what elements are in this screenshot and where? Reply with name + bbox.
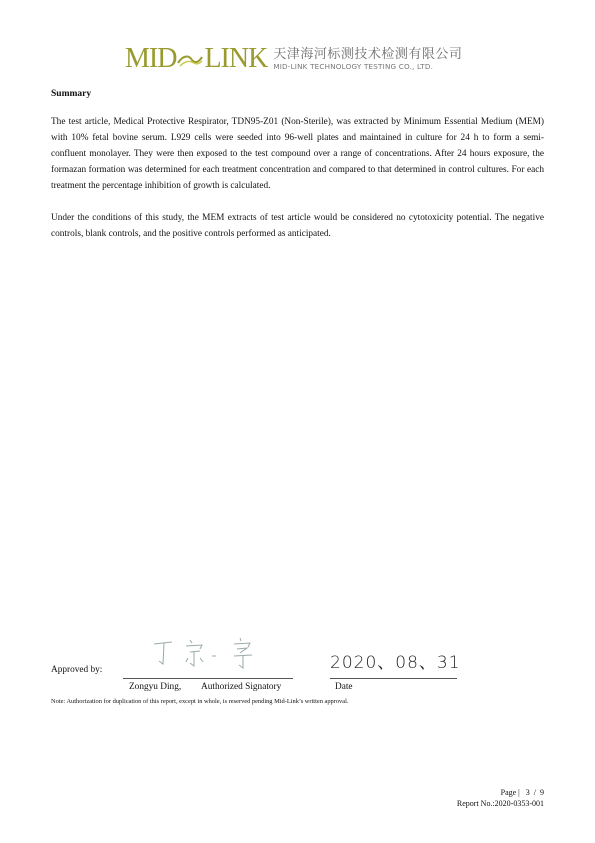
report-number: Report No.:2020-0353-001 <box>457 799 544 808</box>
company-name-cn: 天津海河标测技术检测有限公司 <box>273 47 462 62</box>
summary-paragraph-1: The test article, Medical Protective Res… <box>51 114 544 194</box>
signer-name: Zongyu Ding, <box>129 682 181 692</box>
logo-wave-icon <box>177 49 203 69</box>
signature-line <box>123 678 293 679</box>
summary-heading: Summary <box>51 89 91 99</box>
signature-image <box>150 634 270 674</box>
page-number: Page | 3 / 9 <box>501 788 544 797</box>
signer-role: Authorized Signatory <box>201 682 281 692</box>
company-logo: MID LINK <box>125 45 267 73</box>
date-label: Date <box>335 682 353 692</box>
logo-text-mid: MID <box>125 45 176 73</box>
company-header: MID LINK 天津海河标测技术检测有限公司 MID-LINK TECHNOL… <box>125 44 462 74</box>
approved-by-label: Approved by: <box>51 665 102 675</box>
date-line <box>330 678 457 679</box>
handwritten-date: 2020、08、31 <box>330 648 461 673</box>
summary-paragraph-2: Under the conditions of this study, the … <box>51 210 544 242</box>
authorization-note: Note: Authorization for duplication of t… <box>51 698 348 705</box>
company-name-en: MID-LINK TECHNOLOGY TESTING CO., LTD. <box>273 62 462 72</box>
logo-text-link: LINK <box>204 45 267 73</box>
